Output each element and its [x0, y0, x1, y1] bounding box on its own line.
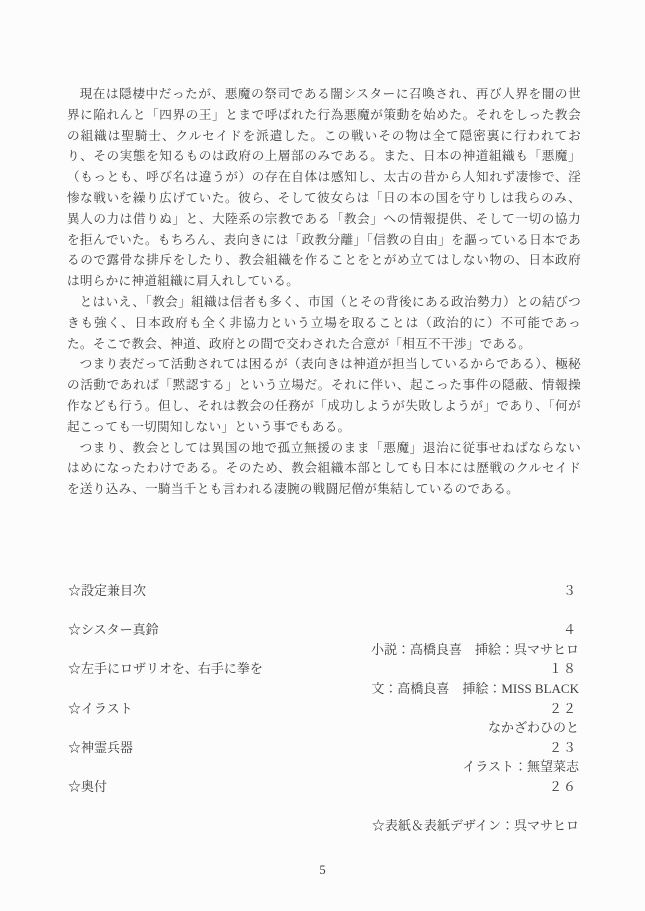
toc-entry-page: ２３ — [549, 738, 579, 758]
toc-credit: 文：高橋良喜 挿絵：MISS BLACK — [68, 679, 579, 699]
table-of-contents: ☆設定兼目次３☆シスター真鈴４小説：高橋良喜 挿絵：呉マサヒロ☆左手にロザリオを… — [68, 581, 579, 836]
toc-entry-page: ２２ — [549, 699, 579, 719]
toc-credit-text: なかざわひのと — [488, 718, 579, 738]
toc-entry-title: ☆左手にロザリオを、右手に拳を — [68, 659, 263, 679]
toc-credit-text: 小説：高橋良喜 挿絵：呉マサヒロ — [371, 640, 579, 660]
paragraph: 現在は隠棲中だったが、悪魔の祭司である闇シスターに召喚され、再び人界を闇の世界に… — [67, 84, 581, 292]
paragraph: とはいえ、「教会」組織は信者も多く、市国（とその背後にある政治勢力）との結びつき… — [67, 292, 581, 354]
toc-entry-page: ２６ — [549, 777, 579, 797]
toc-entry: ☆左手にロザリオを、右手に拳を１８ — [68, 659, 579, 679]
toc-credit-text: ☆表紙＆表紙デザイン：呉マサヒロ — [372, 816, 579, 836]
toc-entry-title: ☆神霊兵器 — [68, 738, 133, 758]
document-page: 現在は隠棲中だったが、悪魔の祭司である闇シスターに召喚され、再び人界を闇の世界に… — [0, 0, 645, 911]
paragraph: つまり、教会としては異国の地で孤立無援のまま「悪魔」退治に従事せねばならないはめ… — [67, 438, 581, 500]
toc-entry-title: ☆イラスト — [68, 699, 133, 719]
toc-entry-page: １８ — [549, 659, 579, 679]
toc-entry-page: ３ — [563, 581, 579, 601]
toc-entry-title: ☆奥付 — [68, 777, 107, 797]
toc-entry: ☆奥付２６ — [68, 777, 579, 797]
toc-credit: イラスト：無望菜志 — [68, 757, 579, 777]
toc-entry: ☆神霊兵器２３ — [68, 738, 579, 758]
paragraph: つまり表だって活動されては困るが（表向きは神道が担当しているからである）、極秘の… — [67, 354, 581, 437]
toc-entry: ☆イラスト２２ — [68, 699, 579, 719]
toc-credit: 小説：高橋良喜 挿絵：呉マサヒロ — [68, 640, 579, 660]
body-text: 現在は隠棲中だったが、悪魔の祭司である闇シスターに召喚され、再び人界を闇の世界に… — [67, 84, 581, 500]
toc-credit-text: 文：高橋良喜 挿絵：MISS BLACK — [371, 679, 579, 699]
toc-entry-title: ☆設定兼目次 — [68, 581, 146, 601]
toc-entry-page: ４ — [563, 620, 579, 640]
toc-entry: ☆シスター真鈴４ — [68, 620, 579, 640]
page-number: 5 — [0, 862, 645, 878]
toc-credit: なかざわひのと — [68, 718, 579, 738]
toc-entry-title: ☆シスター真鈴 — [68, 620, 159, 640]
toc-credit: ☆表紙＆表紙デザイン：呉マサヒロ — [68, 816, 579, 836]
toc-credit-text: イラスト：無望菜志 — [462, 757, 579, 777]
toc-entry: ☆設定兼目次３ — [68, 581, 579, 601]
